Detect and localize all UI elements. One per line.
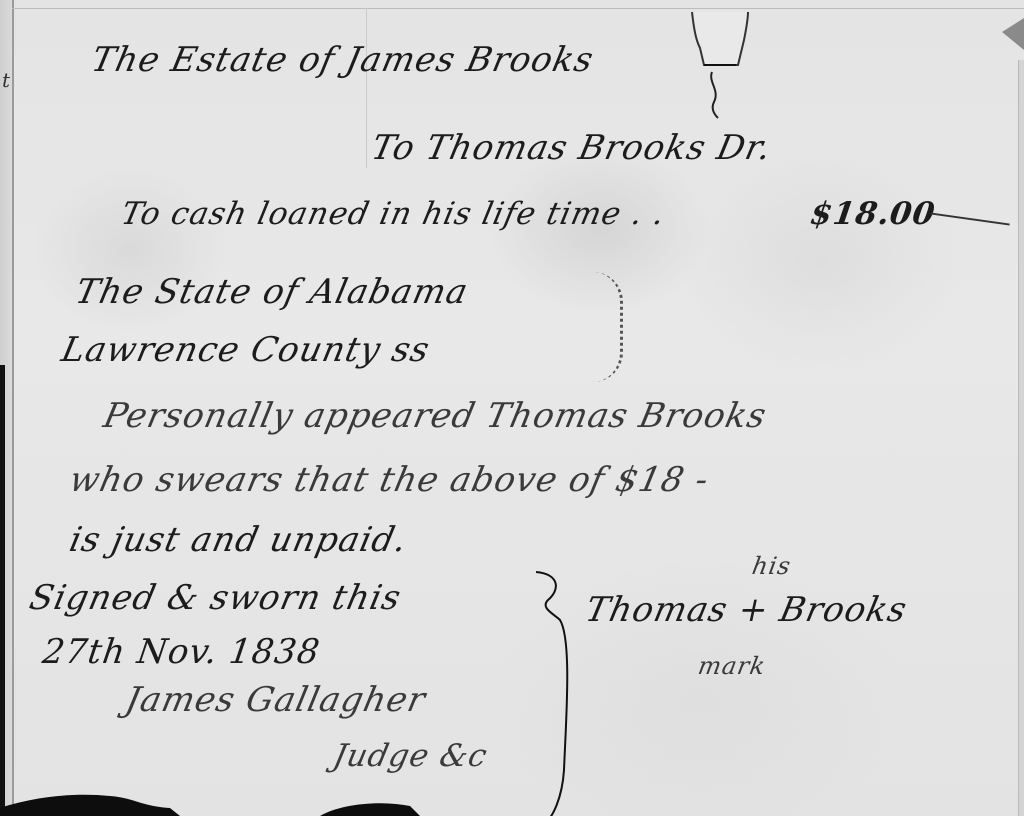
folded-corner — [1002, 18, 1024, 50]
heading-estate-line: The Estate of James Brooks — [88, 40, 597, 80]
signature-brace-icon — [530, 570, 576, 816]
account-amount: $18.00 — [808, 196, 938, 232]
jurat-signed-sworn: Signed & sworn this — [26, 578, 405, 618]
right-page-edge — [1018, 60, 1024, 816]
torn-notch-icon — [690, 10, 750, 120]
official-title: Judge &c — [330, 738, 491, 774]
margin-mark: t — [2, 68, 10, 92]
torn-bottom-edge — [0, 786, 560, 816]
signature-name: Thomas + Brooks — [582, 590, 911, 630]
jurat-date: 27th Nov. 1838 — [40, 632, 323, 672]
heading-creditor-line: To Thomas Brooks Dr. — [368, 128, 775, 168]
account-item: To cash loaned in his life time . . — [118, 196, 668, 232]
affidavit-line-1: Personally appeared Thomas Brooks — [100, 396, 770, 436]
amount-flourish — [930, 212, 1009, 225]
left-dark-binding-edge — [0, 365, 5, 816]
venue-county: Lawrence County ss — [58, 330, 434, 370]
venue-state: The State of Alabama — [72, 272, 472, 312]
scanned-document-page: t The Estate of James Brooks To Thomas B… — [0, 0, 1024, 816]
vertical-fold-line — [366, 8, 367, 168]
affidavit-line-2: who swears that the above of $18 - — [66, 460, 713, 500]
affidavit-line-3: is just and unpaid. — [66, 520, 411, 560]
venue-brace — [590, 272, 623, 382]
official-name: James Gallagher — [122, 680, 430, 720]
top-fold-line — [12, 8, 1024, 9]
signature-mark: mark — [696, 652, 768, 680]
signature-his: his — [750, 552, 793, 580]
